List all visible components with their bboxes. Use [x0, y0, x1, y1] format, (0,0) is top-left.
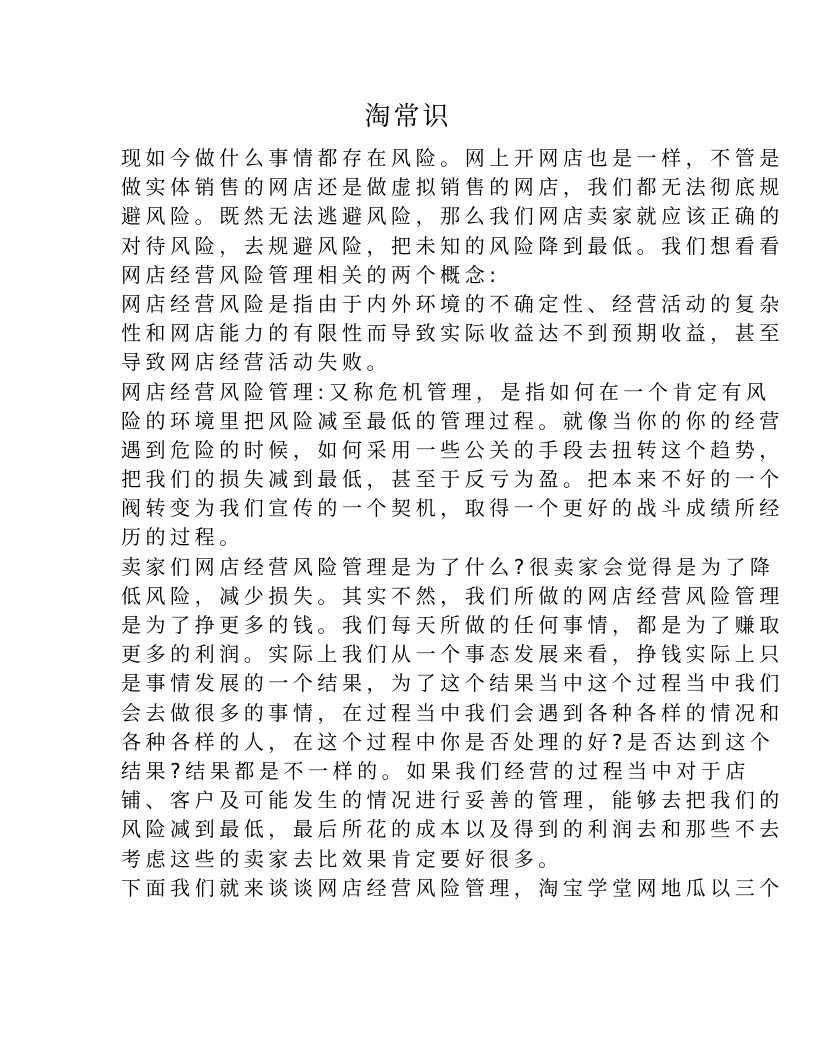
text-line: 网店经营风险管理:又称危机管理，是指如何在一个肯定有风	[121, 378, 691, 407]
text-line: 下面我们就来谈谈网店经营风险管理，淘宝学堂网地瓜以三个	[121, 874, 691, 903]
text-line: 低风险，减少损失。其实不然，我们所做的网店经营风险管理	[121, 582, 691, 611]
text-line: 网店经营风险管理相关的两个概念:	[121, 261, 691, 290]
text-line: 会去做很多的事情，在过程当中我们会遇到各种各样的情况和	[121, 699, 691, 728]
document-page: 淘常识 现如今做什么事情都存在风险。网上开网店也是一样，不管是 做实体销售的网店…	[0, 0, 816, 1056]
text-line: 历的过程。	[121, 523, 691, 552]
text-line: 险的环境里把风险减至最低的管理过程。就像当你的你的经营	[121, 407, 691, 436]
text-line: 对待风险，去规避风险，把未知的风险降到最低。我们想看看	[121, 232, 691, 261]
text-line: 是为了挣更多的钱。我们每天所做的任何事情，都是为了赚取	[121, 611, 691, 640]
text-line: 各种各样的人，在这个过程中你是否处理的好?是否达到这个	[121, 728, 691, 757]
text-line: 避风险。既然无法逃避风险，那么我们网店卖家就应该正确的	[121, 202, 691, 231]
text-line: 导致网店经营活动失败。	[121, 348, 691, 377]
text-line: 结果?结果都是不一样的。如果我们经营的过程当中对于店	[121, 757, 691, 786]
text-line: 把我们的损失减到最低，甚至于反亏为盈。把本来不好的一个	[121, 465, 691, 494]
text-line: 遇到危险的时候，如何采用一些公关的手段去扭转这个趋势，	[121, 436, 691, 465]
text-line: 卖家们网店经营风险管理是为了什么?很卖家会觉得是为了降	[121, 553, 691, 582]
text-line: 风险减到最低，最后所花的成本以及得到的利润去和那些不去	[121, 815, 691, 844]
text-line: 铺、客户及可能发生的情况进行妥善的管理，能够去把我们的	[121, 786, 691, 815]
text-line: 做实体销售的网店还是做虚拟销售的网店，我们都无法彻底规	[121, 173, 691, 202]
text-line: 阀转变为我们宣传的一个契机，取得一个更好的战斗成绩所经	[121, 494, 691, 523]
document-body: 现如今做什么事情都存在风险。网上开网店也是一样，不管是 做实体销售的网店还是做虚…	[121, 144, 691, 903]
text-line: 性和网店能力的有限性而导致实际收益达不到预期收益，甚至	[121, 319, 691, 348]
text-line: 是事情发展的一个结果，为了这个结果当中这个过程当中我们	[121, 669, 691, 698]
text-line: 网店经营风险是指由于内外环境的不确定性、经营活动的复杂	[121, 290, 691, 319]
document-title: 淘常识	[0, 100, 816, 134]
text-line: 现如今做什么事情都存在风险。网上开网店也是一样，不管是	[121, 144, 691, 173]
text-line: 考虑这些的卖家去比效果肯定要好很多。	[121, 845, 691, 874]
text-line: 更多的利润。实际上我们从一个事态发展来看，挣钱实际上只	[121, 640, 691, 669]
